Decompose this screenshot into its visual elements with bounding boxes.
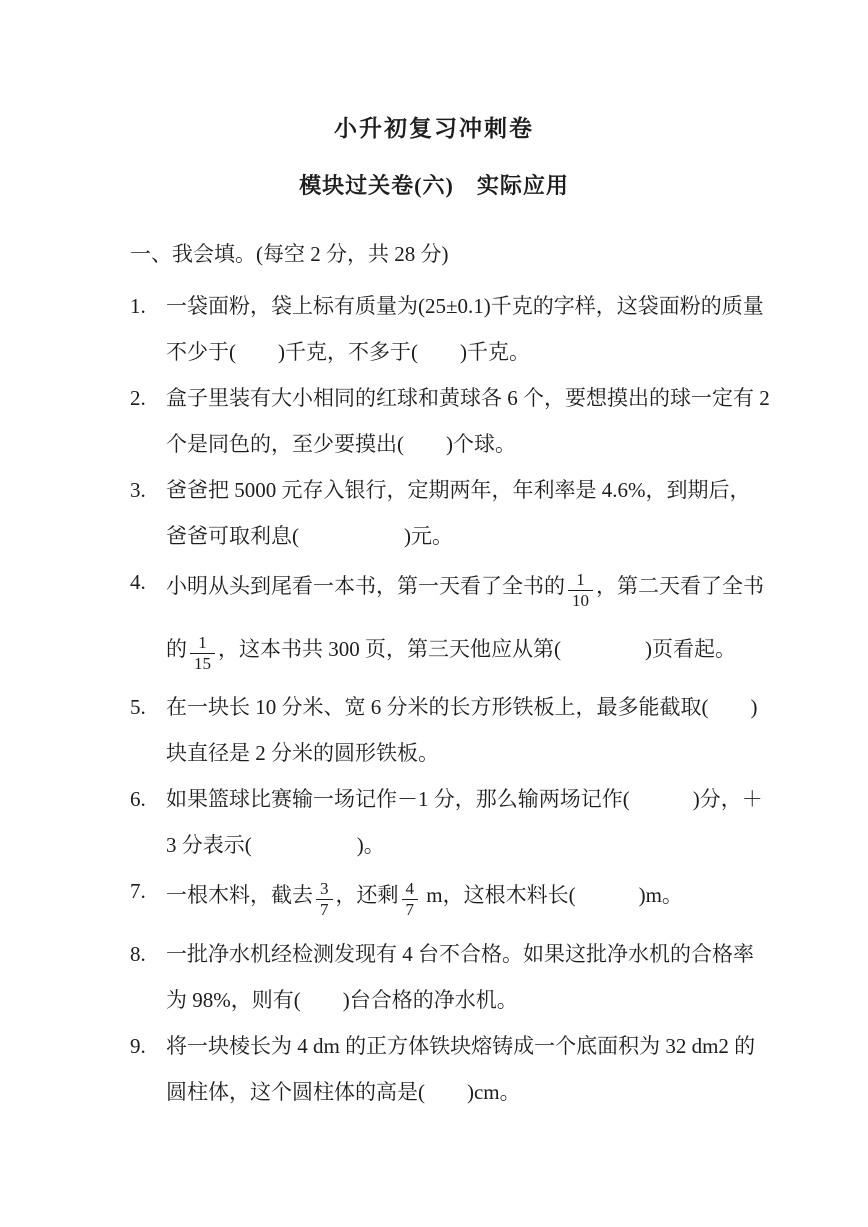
question-body: 爸爸把 5000 元存入银行，定期两年，年利率是 4.6%，到期后， 爸爸可取利… <box>166 477 788 569</box>
question-line: 块直径是 2 分米的圆形铁板。 <box>166 740 788 767</box>
fraction-numerator: 1 <box>190 634 215 653</box>
fraction: 115 <box>190 634 215 673</box>
question-line: 个是同色的，至少要摸出( )个球。 <box>166 431 788 458</box>
question-line: 在一块长 10 分米、宽 6 分米的长方形铁板上，最多能截取( ) <box>166 694 788 721</box>
question-number: 7. <box>130 878 166 941</box>
fraction-denominator: 10 <box>568 590 593 610</box>
question-7: 7. 一根木料，截去37，还剩47 m，这根木料长( )m。 <box>130 878 788 941</box>
question-line: 将一块棱长为 4 dm 的正方体铁块熔铸成一个底面积为 32 dm2 的 <box>166 1033 788 1060</box>
question-3: 3. 爸爸把 5000 元存入银行，定期两年，年利率是 4.6%，到期后， 爸爸… <box>130 477 788 569</box>
question-line: 为 98%，则有( )台合格的净水机。 <box>166 987 788 1014</box>
question-4: 4. 小明从头到尾看一本书，第一天看了全书的110，第二天看了全书 的115，这… <box>130 569 788 694</box>
fraction: 37 <box>316 880 333 919</box>
question-text: ，第二天看了全书 <box>596 574 764 598</box>
question-text: 小明从头到尾看一本书，第一天看了全书的 <box>166 574 565 598</box>
question-number: 6. <box>130 786 166 878</box>
question-body: 如果篮球比赛输一场记作－1 分，那么输两场记作( )分，＋ 3 分表示( )。 <box>166 786 788 878</box>
question-number: 8. <box>130 941 166 1033</box>
question-body: 小明从头到尾看一本书，第一天看了全书的110，第二天看了全书 的115，这本书共… <box>166 569 788 694</box>
paper-subtitle: 模块过关卷(六) 实际应用 <box>0 169 868 200</box>
question-body: 将一块棱长为 4 dm 的正方体铁块熔铸成一个底面积为 32 dm2 的 圆柱体… <box>166 1033 788 1125</box>
question-number: 1. <box>130 293 166 385</box>
question-line: 一根木料，截去37，还剩47 m，这根木料长( )m。 <box>166 878 788 917</box>
question-number: 5. <box>130 694 166 786</box>
section-heading: 一、我会填。(每空 2 分，共 28 分) <box>130 238 788 268</box>
fraction-numerator: 4 <box>402 880 419 899</box>
question-line: 的115，这本书共 300 页，第三天他应从第( )页看起。 <box>166 632 788 671</box>
question-line: 一袋面粉，袋上标有质量为(25±0.1)千克的字样，这袋面粉的质量 <box>166 293 788 320</box>
question-number: 3. <box>130 477 166 569</box>
question-body: 一袋面粉，袋上标有质量为(25±0.1)千克的字样，这袋面粉的质量 不少于( )… <box>166 293 788 385</box>
fraction-denominator: 7 <box>402 899 419 919</box>
question-body: 在一块长 10 分米、宽 6 分米的长方形铁板上，最多能截取( ) 块直径是 2… <box>166 694 788 786</box>
question-line: 不少于( )千克，不多于( )千克。 <box>166 339 788 366</box>
fraction-numerator: 3 <box>316 880 333 899</box>
paper-title: 小升初复习冲刺卷 <box>0 110 868 143</box>
question-1: 1. 一袋面粉，袋上标有质量为(25±0.1)千克的字样，这袋面粉的质量 不少于… <box>130 293 788 385</box>
question-number: 4. <box>130 569 166 694</box>
question-line: 3 分表示( )。 <box>166 832 788 859</box>
question-text: 的 <box>166 637 187 661</box>
fraction: 47 <box>402 880 419 919</box>
fraction-denominator: 7 <box>316 899 333 919</box>
question-text: 一根木料，截去 <box>166 884 313 908</box>
question-line: 圆柱体，这个圆柱体的高是( )cm。 <box>166 1079 788 1106</box>
question-number: 2. <box>130 385 166 477</box>
question-9: 9. 将一块棱长为 4 dm 的正方体铁块熔铸成一个底面积为 32 dm2 的 … <box>130 1033 788 1125</box>
question-body: 一批净水机经检测发现有 4 台不合格。如果这批净水机的合格率 为 98%，则有(… <box>166 941 788 1033</box>
question-body: 一根木料，截去37，还剩47 m，这根木料长( )m。 <box>166 878 788 941</box>
question-text: ，还剩 <box>336 884 399 908</box>
paper-content: 一、我会填。(每空 2 分，共 28 分) 1. 一袋面粉，袋上标有质量为(25… <box>0 238 868 1125</box>
question-line: 小明从头到尾看一本书，第一天看了全书的110，第二天看了全书 <box>166 569 788 608</box>
fraction: 110 <box>568 571 593 610</box>
question-body: 盒子里装有大小相同的红球和黄球各 6 个，要想摸出的球一定有 2 个是同色的，至… <box>166 385 788 477</box>
question-8: 8. 一批净水机经检测发现有 4 台不合格。如果这批净水机的合格率 为 98%，… <box>130 941 788 1033</box>
fraction-denominator: 15 <box>190 653 215 673</box>
question-text: ，这本书共 300 页，第三天他应从第( )页看起。 <box>218 637 736 661</box>
question-line: 一批净水机经检测发现有 4 台不合格。如果这批净水机的合格率 <box>166 941 788 968</box>
question-line: 爸爸把 5000 元存入银行，定期两年，年利率是 4.6%，到期后， <box>166 477 788 504</box>
question-line: 盒子里装有大小相同的红球和黄球各 6 个，要想摸出的球一定有 2 <box>166 385 788 412</box>
paper-header: 小升初复习冲刺卷 模块过关卷(六) 实际应用 <box>0 0 868 200</box>
question-text: m，这根木料长( )m。 <box>421 884 683 908</box>
question-line: 如果篮球比赛输一场记作－1 分，那么输两场记作( )分，＋ <box>166 786 788 813</box>
question-6: 6. 如果篮球比赛输一场记作－1 分，那么输两场记作( )分，＋ 3 分表示( … <box>130 786 788 878</box>
question-5: 5. 在一块长 10 分米、宽 6 分米的长方形铁板上，最多能截取( ) 块直径… <box>130 694 788 786</box>
question-2: 2. 盒子里装有大小相同的红球和黄球各 6 个，要想摸出的球一定有 2 个是同色… <box>130 385 788 477</box>
fraction-numerator: 1 <box>568 571 593 590</box>
question-number: 9. <box>130 1033 166 1125</box>
test-paper-page: 小升初复习冲刺卷 模块过关卷(六) 实际应用 一、我会填。(每空 2 分，共 2… <box>0 0 868 1227</box>
question-line: 爸爸可取利息( )元。 <box>166 523 788 550</box>
